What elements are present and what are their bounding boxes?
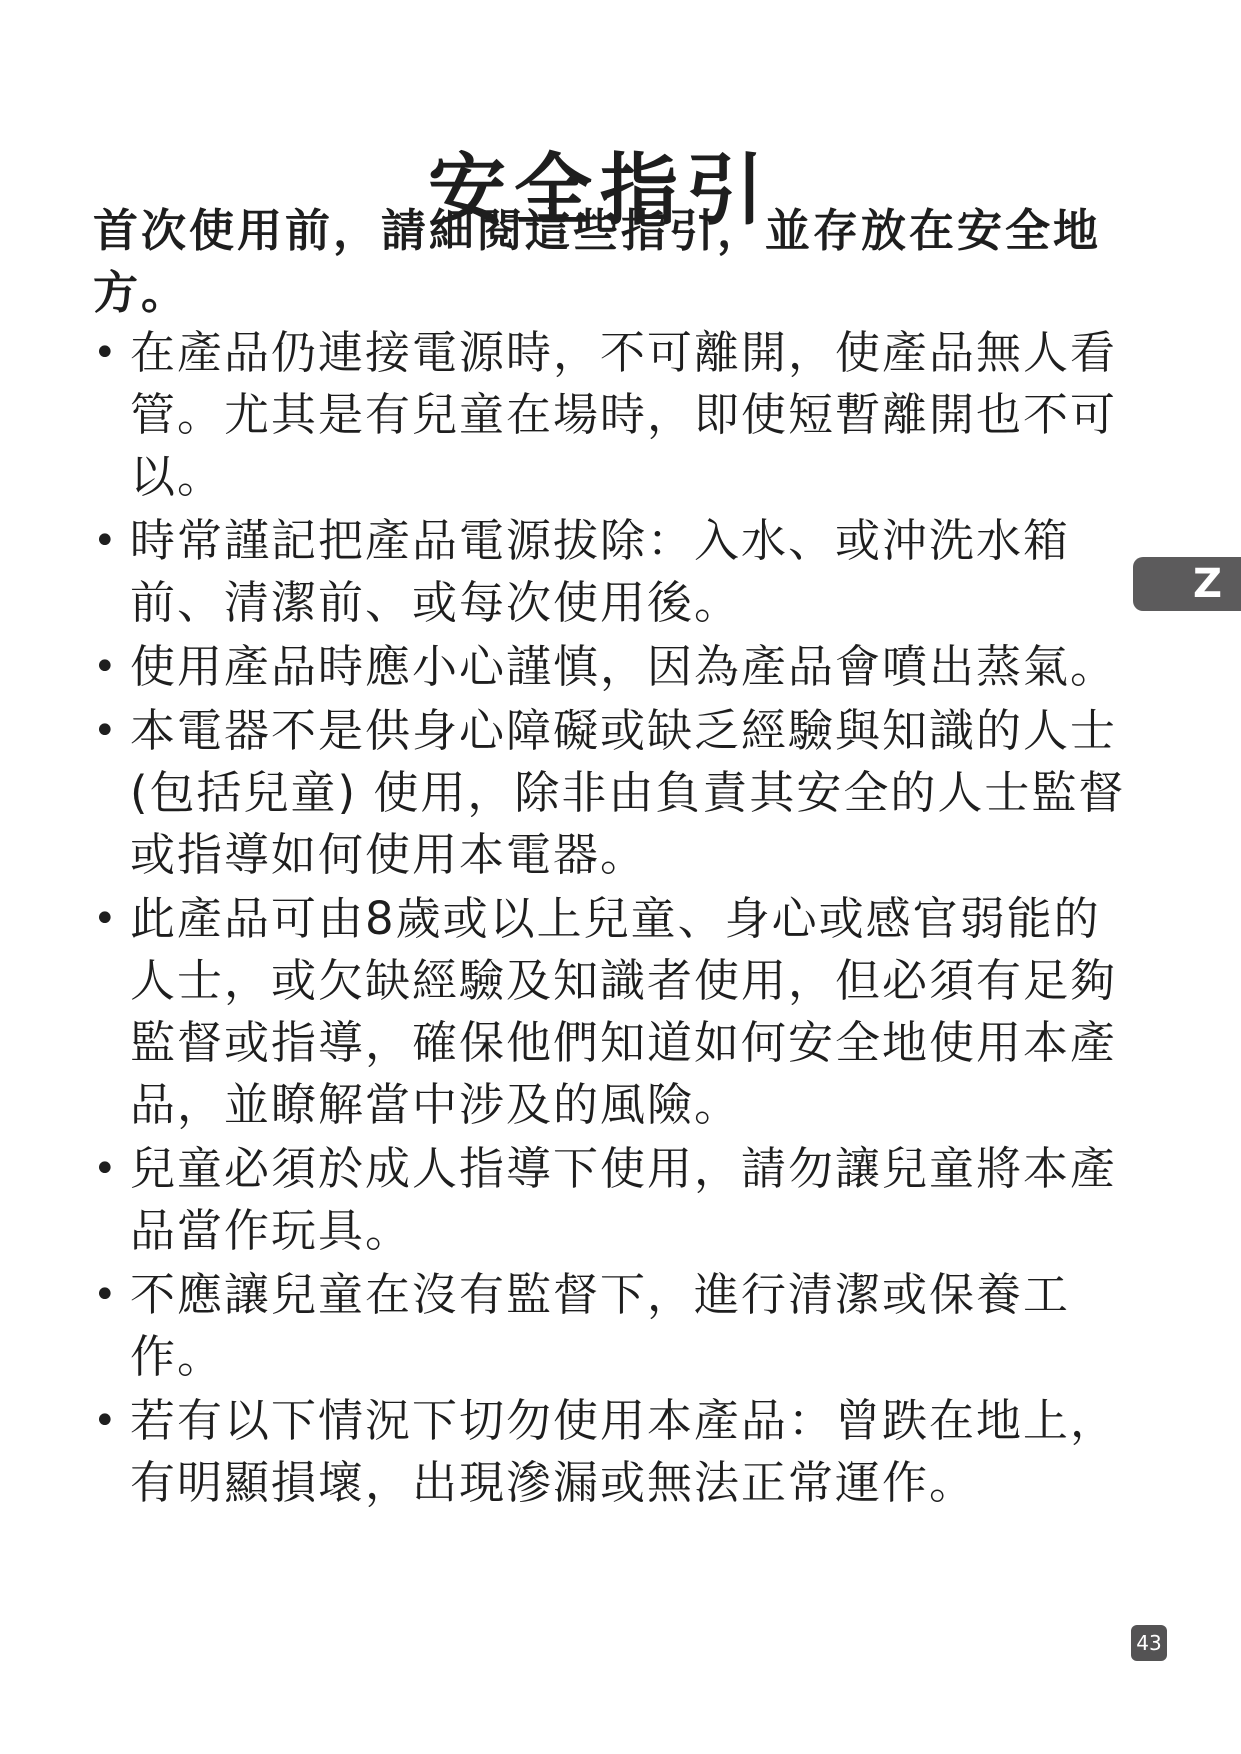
item-text: 兒童必須於成人指導下使用，請勿讓兒童將本產品當作玩具。: [130, 1142, 1117, 1257]
list-item: •不應讓兒童在沒有監督下，進行清潔或保養工作。: [93, 1264, 1133, 1388]
bullet-icon: •: [93, 1264, 123, 1326]
list-item: •兒童必須於成人指導下使用，請勿讓兒童將本產品當作玩具。: [93, 1138, 1133, 1262]
item-text: 若有以下情況下切勿使用本產品：曾跌在地上，有明顯損壞，出現滲漏或無法正常運作。: [130, 1394, 1117, 1509]
list-item: •在產品仍連接電源時，不可離開，使產品無人看管。尤其是有兒童在場時，即使短暫離開…: [93, 322, 1133, 508]
item-text: 不應讓兒童在沒有監督下，進行清潔或保養工作。: [130, 1268, 1070, 1383]
item-text: 此產品可由8歲或以上兒童、身心或感官弱能的人士，或欠缺經驗及知識者使用，但必須有…: [130, 892, 1117, 1131]
list-item: •時常謹記把產品電源拔除：入水、或沖洗水箱前、清潔前、或每次使用後。: [93, 510, 1133, 634]
bullet-icon: •: [93, 322, 123, 384]
item-text: 使用產品時應小心謹慎，因為產品會噴出蒸氣。: [130, 640, 1117, 693]
item-text: 時常謹記把產品電源拔除：入水、或沖洗水箱前、清潔前、或每次使用後。: [130, 514, 1070, 629]
item-text: 本電器不是供身心障礙或缺乏經驗與知識的人士 (包括兒童) 使用，除非由負責其安全…: [130, 704, 1125, 881]
list-item: •此產品可由8歲或以上兒童、身心或感官弱能的人士，或欠缺經驗及知識者使用，但必須…: [93, 888, 1133, 1136]
bullet-icon: •: [93, 1138, 123, 1200]
bullet-icon: •: [93, 636, 123, 698]
bullet-icon: •: [93, 510, 123, 572]
language-side-tab: Z: [1133, 557, 1241, 611]
page-number-badge: 43: [1131, 1625, 1167, 1661]
bullet-icon: •: [93, 888, 123, 950]
list-item: •若有以下情況下切勿使用本產品：曾跌在地上，有明顯損壞，出現滲漏或無法正常運作。: [93, 1390, 1133, 1514]
list-item: •本電器不是供身心障礙或缺乏經驗與知識的人士 (包括兒童) 使用，除非由負責其安…: [93, 700, 1133, 886]
bullet-icon: •: [93, 1390, 123, 1452]
bullet-icon: •: [93, 700, 123, 762]
intro-text: 首次使用前，請細閱這些指引，並存放在安全地方。: [93, 200, 1133, 324]
item-text: 在產品仍連接電源時，不可離開，使產品無人看管。尤其是有兒童在場時，即使短暫離開也…: [130, 326, 1117, 503]
list-item: •使用產品時應小心謹慎，因為產品會噴出蒸氣。: [93, 636, 1133, 698]
safety-list: •在產品仍連接電源時，不可離開，使產品無人看管。尤其是有兒童在場時，即使短暫離開…: [93, 322, 1133, 1516]
